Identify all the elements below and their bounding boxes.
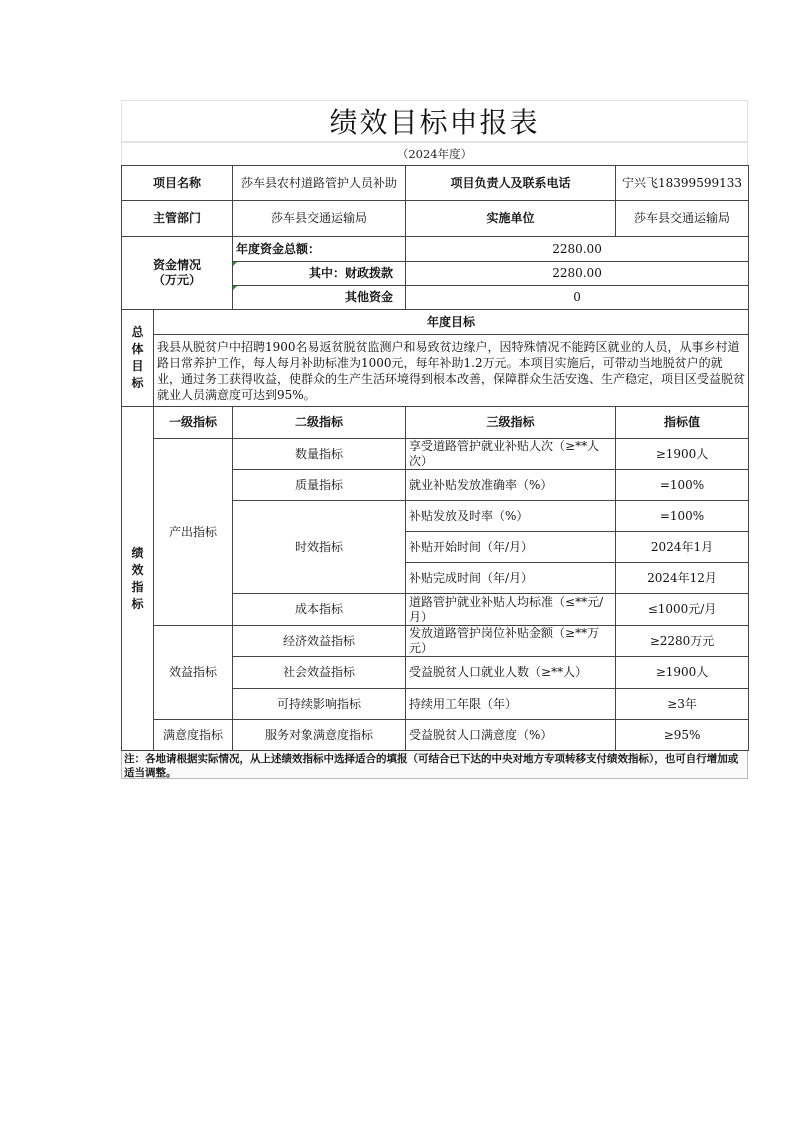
- footnote: 注：各地请根据实际情况，从上述绩效指标中选择适合的填报（可结合已下达的中央对地方…: [121, 751, 748, 779]
- form-year: （2024年度）: [121, 143, 748, 165]
- project-name-label: 项目名称: [122, 166, 233, 201]
- side-char: 总: [125, 324, 150, 341]
- header-level2: 二级指标: [233, 407, 406, 439]
- contact-label: 项目负责人及联系电话: [406, 166, 616, 201]
- value-cell: =100%: [616, 501, 749, 532]
- level3-cell: 补贴发放及时率（%）: [406, 501, 616, 532]
- indicator-row: 效益指标 经济效益指标 发放道路管护岗位补贴金额（≥**万元） ≥2280万元: [122, 626, 749, 657]
- department-row: 主管部门 莎车县交通运输局 实施单位 莎车县交通运输局: [122, 201, 749, 237]
- funds-label: 资金情况 （万元）: [122, 237, 233, 310]
- level2-timeliness: 时效指标: [233, 501, 406, 594]
- funds-fiscal-value: 2280.00: [406, 262, 749, 286]
- level3-cell: 道路管护就业补贴人均标准（≤**元/月）: [406, 594, 616, 626]
- level2-cost: 成本指标: [233, 594, 406, 626]
- value-cell: ≥1900人: [616, 657, 749, 689]
- value-cell: 2024年1月: [616, 532, 749, 563]
- indicator-row: 产出指标 数量指标 享受道路管护就业补贴人次（≥**人次） ≥1900人: [122, 439, 749, 470]
- funds-total-value: 2280.00: [406, 237, 749, 262]
- level2-service: 服务对象满意度指标: [233, 720, 406, 751]
- side-char: 目: [125, 358, 150, 375]
- level3-cell: 补贴开始时间（年/月）: [406, 532, 616, 563]
- performance-target-form: 绩效目标申报表 （2024年度） 项目名称 莎车县农村道路管护人员补助 项目负责…: [121, 100, 748, 779]
- value-cell: ≤1000元/月: [616, 594, 749, 626]
- value-cell: 2024年12月: [616, 563, 749, 594]
- goal-text-row: 我县从脱贫户中招聘1900名易返贫脱贫监测户和易致贫边缘户，因特殊情况不能跨区就…: [122, 335, 749, 407]
- funds-label-line1: 资金情况: [125, 258, 229, 273]
- funds-other-label: 其他资金: [233, 286, 406, 310]
- level2-economic: 经济效益指标: [233, 626, 406, 657]
- level3-cell: 享受道路管护就业补贴人次（≥**人次）: [406, 439, 616, 470]
- side-char: 效: [125, 562, 150, 579]
- level2-social: 社会效益指标: [233, 657, 406, 689]
- dept-label: 主管部门: [122, 201, 233, 237]
- form-title: 绩效目标申报表: [121, 100, 748, 143]
- level3-cell: 受益脱贫人口就业人数（≥**人）: [406, 657, 616, 689]
- header-level1: 一级指标: [154, 407, 233, 439]
- level2-quantity: 数量指标: [233, 439, 406, 470]
- value-cell: ≥2280万元: [616, 626, 749, 657]
- side-char: 指: [125, 579, 150, 596]
- level2-sustainable: 可持续影响指标: [233, 689, 406, 720]
- dept-value: 莎车县交通运输局: [233, 201, 406, 237]
- header-value: 指标值: [616, 407, 749, 439]
- project-name-value: 莎车县农村道路管护人员补助: [233, 166, 406, 201]
- goal-header-row: 总 体 目 标 年度目标: [122, 310, 749, 335]
- value-cell: =100%: [616, 470, 749, 501]
- value-cell: ≥1900人: [616, 439, 749, 470]
- indicator-row: 满意度指标 服务对象满意度指标 受益脱贫人口满意度（%） ≥95%: [122, 720, 749, 751]
- form-table: 项目名称 莎车县农村道路管护人员补助 项目负责人及联系电话 宁兴飞1839959…: [121, 165, 749, 751]
- indicators-side-label: 绩 效 指 标: [122, 407, 154, 751]
- overall-goal-side-label: 总 体 目 标: [122, 310, 154, 407]
- contact-value: 宁兴飞18399599133: [616, 166, 749, 201]
- project-name-row: 项目名称 莎车县农村道路管护人员补助 项目负责人及联系电话 宁兴飞1839959…: [122, 166, 749, 201]
- level2-quality: 质量指标: [233, 470, 406, 501]
- side-char: 体: [125, 341, 150, 358]
- funds-fiscal-label: 其中：财政拨款: [233, 262, 406, 286]
- funds-label-line2: （万元）: [125, 273, 229, 288]
- funds-other-value: 0: [406, 286, 749, 310]
- level3-cell: 受益脱贫人口满意度（%）: [406, 720, 616, 751]
- level3-cell: 补贴完成时间（年/月）: [406, 563, 616, 594]
- value-cell: ≥3年: [616, 689, 749, 720]
- level3-cell: 发放道路管护岗位补贴金额（≥**万元）: [406, 626, 616, 657]
- indicator-header-row: 绩 效 指 标 一级指标 二级指标 三级指标 指标值: [122, 407, 749, 439]
- level1-output: 产出指标: [154, 439, 233, 626]
- level3-cell: 就业补贴发放准确率（%）: [406, 470, 616, 501]
- impl-label: 实施单位: [406, 201, 616, 237]
- header-level3: 三级指标: [406, 407, 616, 439]
- side-char: 标: [125, 375, 150, 392]
- value-cell: ≥95%: [616, 720, 749, 751]
- side-char: 标: [125, 596, 150, 613]
- level3-cell: 持续用工年限（年）: [406, 689, 616, 720]
- annual-goal-header: 年度目标: [154, 310, 749, 335]
- impl-value: 莎车县交通运输局: [616, 201, 749, 237]
- level1-benefit: 效益指标: [154, 626, 233, 720]
- level1-satisfaction: 满意度指标: [154, 720, 233, 751]
- funds-row-total: 资金情况 （万元） 年度资金总额： 2280.00: [122, 237, 749, 262]
- side-char: 绩: [125, 545, 150, 562]
- annual-goal-text: 我县从脱贫户中招聘1900名易返贫脱贫监测户和易致贫边缘户，因特殊情况不能跨区就…: [154, 335, 749, 407]
- funds-total-label: 年度资金总额：: [233, 237, 406, 262]
